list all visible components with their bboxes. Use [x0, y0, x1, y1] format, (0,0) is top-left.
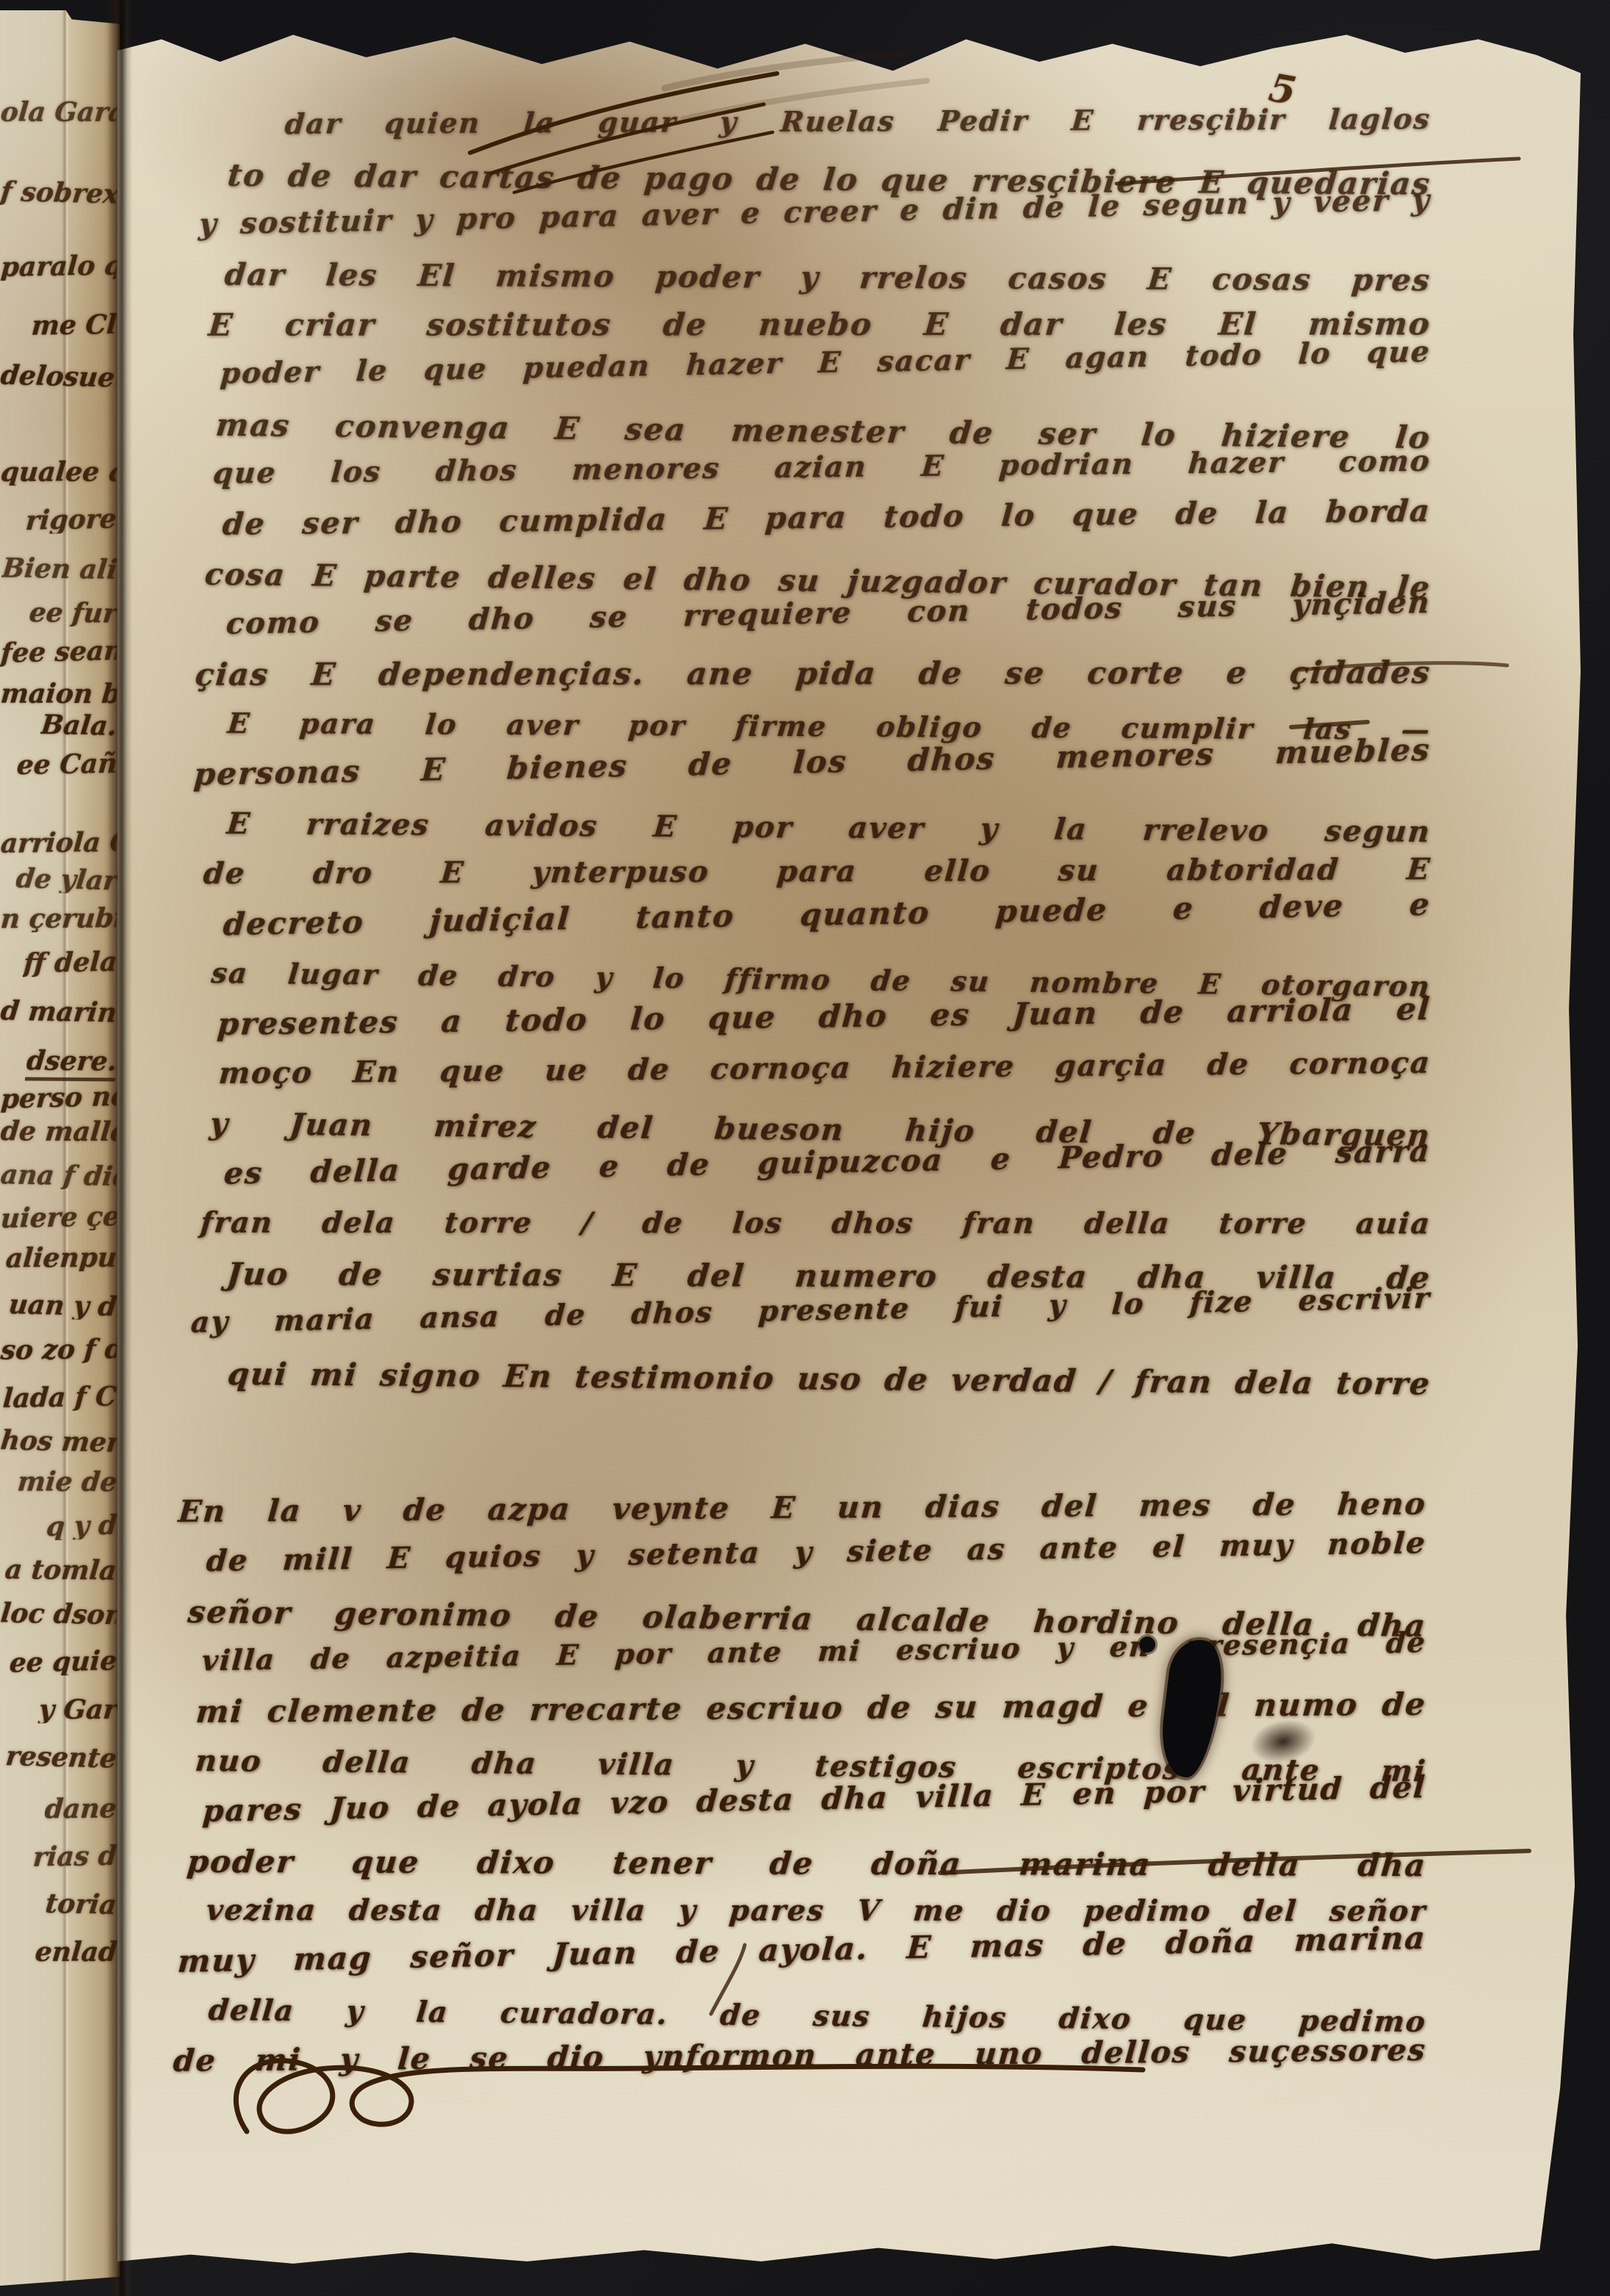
marginal-fragment: qualee q — [0, 459, 118, 485]
marginal-fragment: fee sean — [0, 638, 118, 667]
marginal-fragment: de mallea — [0, 1118, 118, 1145]
marginal-fragment: hos men — [0, 1427, 118, 1456]
marginal-fragment: perso no — [0, 1083, 118, 1113]
text-line: vezina desta dha villa y pares V me dio … — [205, 1896, 1427, 1926]
text-line: En la v de azpa veynte E un dias del mes… — [177, 1490, 1427, 1527]
marginal-fragment: d marin — [0, 998, 118, 1027]
marginal-fragment: y Gar — [37, 1697, 118, 1723]
text-line: E criar sostitutos de nuebo E dar les El… — [207, 309, 1432, 341]
marginal-fragment: rigore — [25, 506, 118, 535]
wormhole-small — [1139, 1636, 1155, 1653]
marginal-fragment: uiere çex — [0, 1203, 118, 1232]
gutter-crease — [107, 0, 132, 2296]
text-line: de dro E ynterpuso para ello su abtorida… — [202, 855, 1432, 889]
manuscript-scan: { "document": { "kind_label": "16th-cent… — [0, 0, 1610, 2296]
marginal-fragment: mie de — [16, 1469, 118, 1496]
facing-page-edge: ola Garaf sobrexparalo quome Cldelosue. … — [0, 10, 120, 2286]
marginal-fragment: me Cl — [31, 311, 118, 339]
marginal-fragment: lada f C — [2, 1384, 118, 1412]
marginal-fragment: loc dson — [0, 1600, 118, 1629]
marginal-fragment: Bala. — [40, 712, 118, 740]
text-line: dar les El mismo poder y rrelos casos E … — [223, 260, 1432, 296]
text-line: poder que dixo tener de doña marina dell… — [186, 1846, 1428, 1881]
marginal-fragment: ola Gara — [0, 99, 118, 126]
marginal-fragment: dsere. — [25, 1047, 118, 1081]
marginal-fragment: uan y d — [7, 1291, 118, 1321]
marginal-fragment: ff dela — [22, 949, 118, 978]
marginal-fragment: delosue. d — [0, 362, 118, 391]
marginal-fragment: so zo f dla — [0, 1336, 118, 1363]
marginal-fragment: Bien ali — [1, 555, 118, 584]
marginal-fragment: ee quie — [9, 1647, 118, 1676]
text-line: çias E dependençias. ane pida de se cort… — [194, 657, 1432, 690]
marginal-fragment: rias d — [32, 1843, 118, 1871]
marginal-fragment: de ylar — [15, 865, 118, 894]
marginal-fragment: enlad — [34, 1939, 118, 1965]
marginal-fragment: ee fur — [28, 599, 118, 627]
text-line: mi clemente de rrecarte escriuo de su ma… — [195, 1689, 1427, 1728]
text-line: dar quien la guar y Ruelas Pedir E rresç… — [284, 105, 1432, 138]
text-line: E rraizes avidos E por aver y la rrelevo… — [225, 809, 1432, 847]
marginal-fragment: a tomla — [4, 1556, 118, 1584]
marginal-fragment: f sobrex — [0, 178, 118, 208]
marginal-fragment: ana f dio — [0, 1161, 118, 1190]
marginal-fragment: paralo quo — [0, 253, 118, 281]
marginal-fragment: n çerubi — [0, 906, 118, 933]
marginal-fragment: arriola C — [0, 829, 118, 857]
text-line: fran dela torre / de los dhos fran della… — [199, 1209, 1432, 1238]
marginal-fragment: ee Cañ — [15, 751, 118, 779]
marginal-fragment: alienpu — [4, 1244, 118, 1271]
marginal-fragment: resente — [4, 1743, 118, 1772]
marginal-fragment: maion bl — [0, 681, 118, 708]
